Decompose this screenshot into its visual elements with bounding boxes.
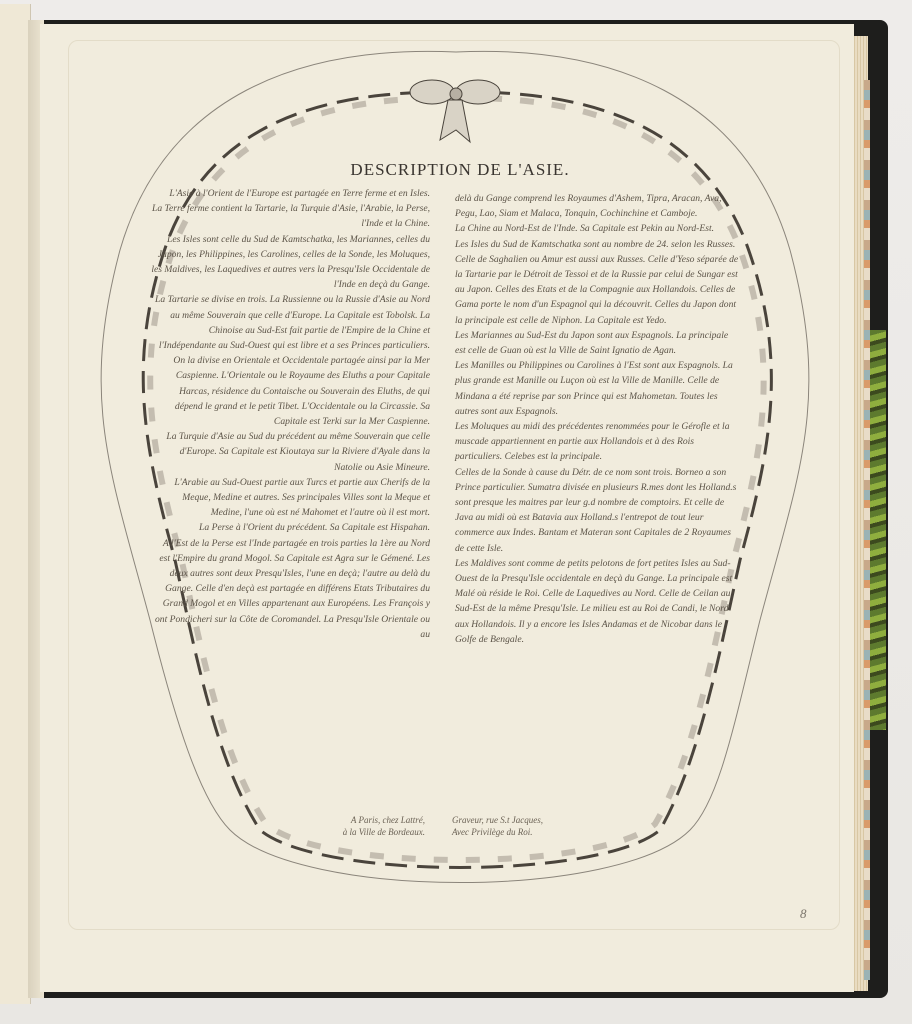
imprint-line: Graveur, rue S.t Jacques, — [452, 814, 592, 826]
page-number: 8 — [800, 906, 807, 922]
paragraph: A l'Est de la Perse est l'Inde partagée … — [150, 536, 430, 642]
paragraph: Les Isles du Sud de Kamtschatka sont au … — [455, 237, 740, 328]
right-text-column: delà du Gange comprend les Royaumes d'As… — [455, 191, 740, 647]
left-page-edge — [0, 4, 31, 1004]
imprint-line: A Paris, chez Lattré, — [300, 814, 425, 826]
paragraph: Les Maldives sont comme de petits peloto… — [455, 556, 740, 647]
paragraph: La Terre ferme contient la Tartarie, la … — [150, 201, 430, 231]
paragraph: La Chine au Nord-Est de l'Inde. Sa Capit… — [455, 221, 740, 236]
imprint-line: à la Ville de Bordeaux. — [300, 826, 425, 838]
paragraph: La Turquie d'Asie au Sud du précédent au… — [150, 429, 430, 475]
paragraph: L'Arabie au Sud-Ouest partie aux Turcs e… — [150, 475, 430, 521]
marbled-page-edge — [864, 80, 870, 980]
marbled-cover-edge — [868, 330, 886, 730]
paragraph: L'Asie à l'Orient de l'Europe est partag… — [150, 186, 430, 201]
left-text-column: L'Asie à l'Orient de l'Europe est partag… — [150, 186, 430, 642]
paragraph: Les Mariannes au Sud-Est du Japon sont a… — [455, 328, 740, 358]
imprint-left: A Paris, chez Lattré, à la Ville de Bord… — [300, 814, 425, 838]
page-title: DESCRIPTION DE L'ASIE. — [300, 160, 620, 180]
paragraph: Les Manilles ou Philippines ou Carolines… — [455, 358, 740, 419]
paragraph: La Tartarie se divise en trois. La Russi… — [150, 292, 430, 429]
paragraph: Les Isles sont celle du Sud de Kamtschat… — [150, 232, 430, 293]
imprint-line: Avec Privilège du Roi. — [452, 826, 592, 838]
paragraph: La Perse à l'Orient du précédent. Sa Cap… — [150, 520, 430, 535]
paragraph: Celles de la Sonde à cause du Détr. de c… — [455, 465, 740, 556]
paragraph: delà du Gange comprend les Royaumes d'As… — [455, 191, 740, 221]
imprint-right: Graveur, rue S.t Jacques, Avec Privilège… — [452, 814, 592, 838]
paragraph: Les Moluques au midi des précédentes ren… — [455, 419, 740, 465]
